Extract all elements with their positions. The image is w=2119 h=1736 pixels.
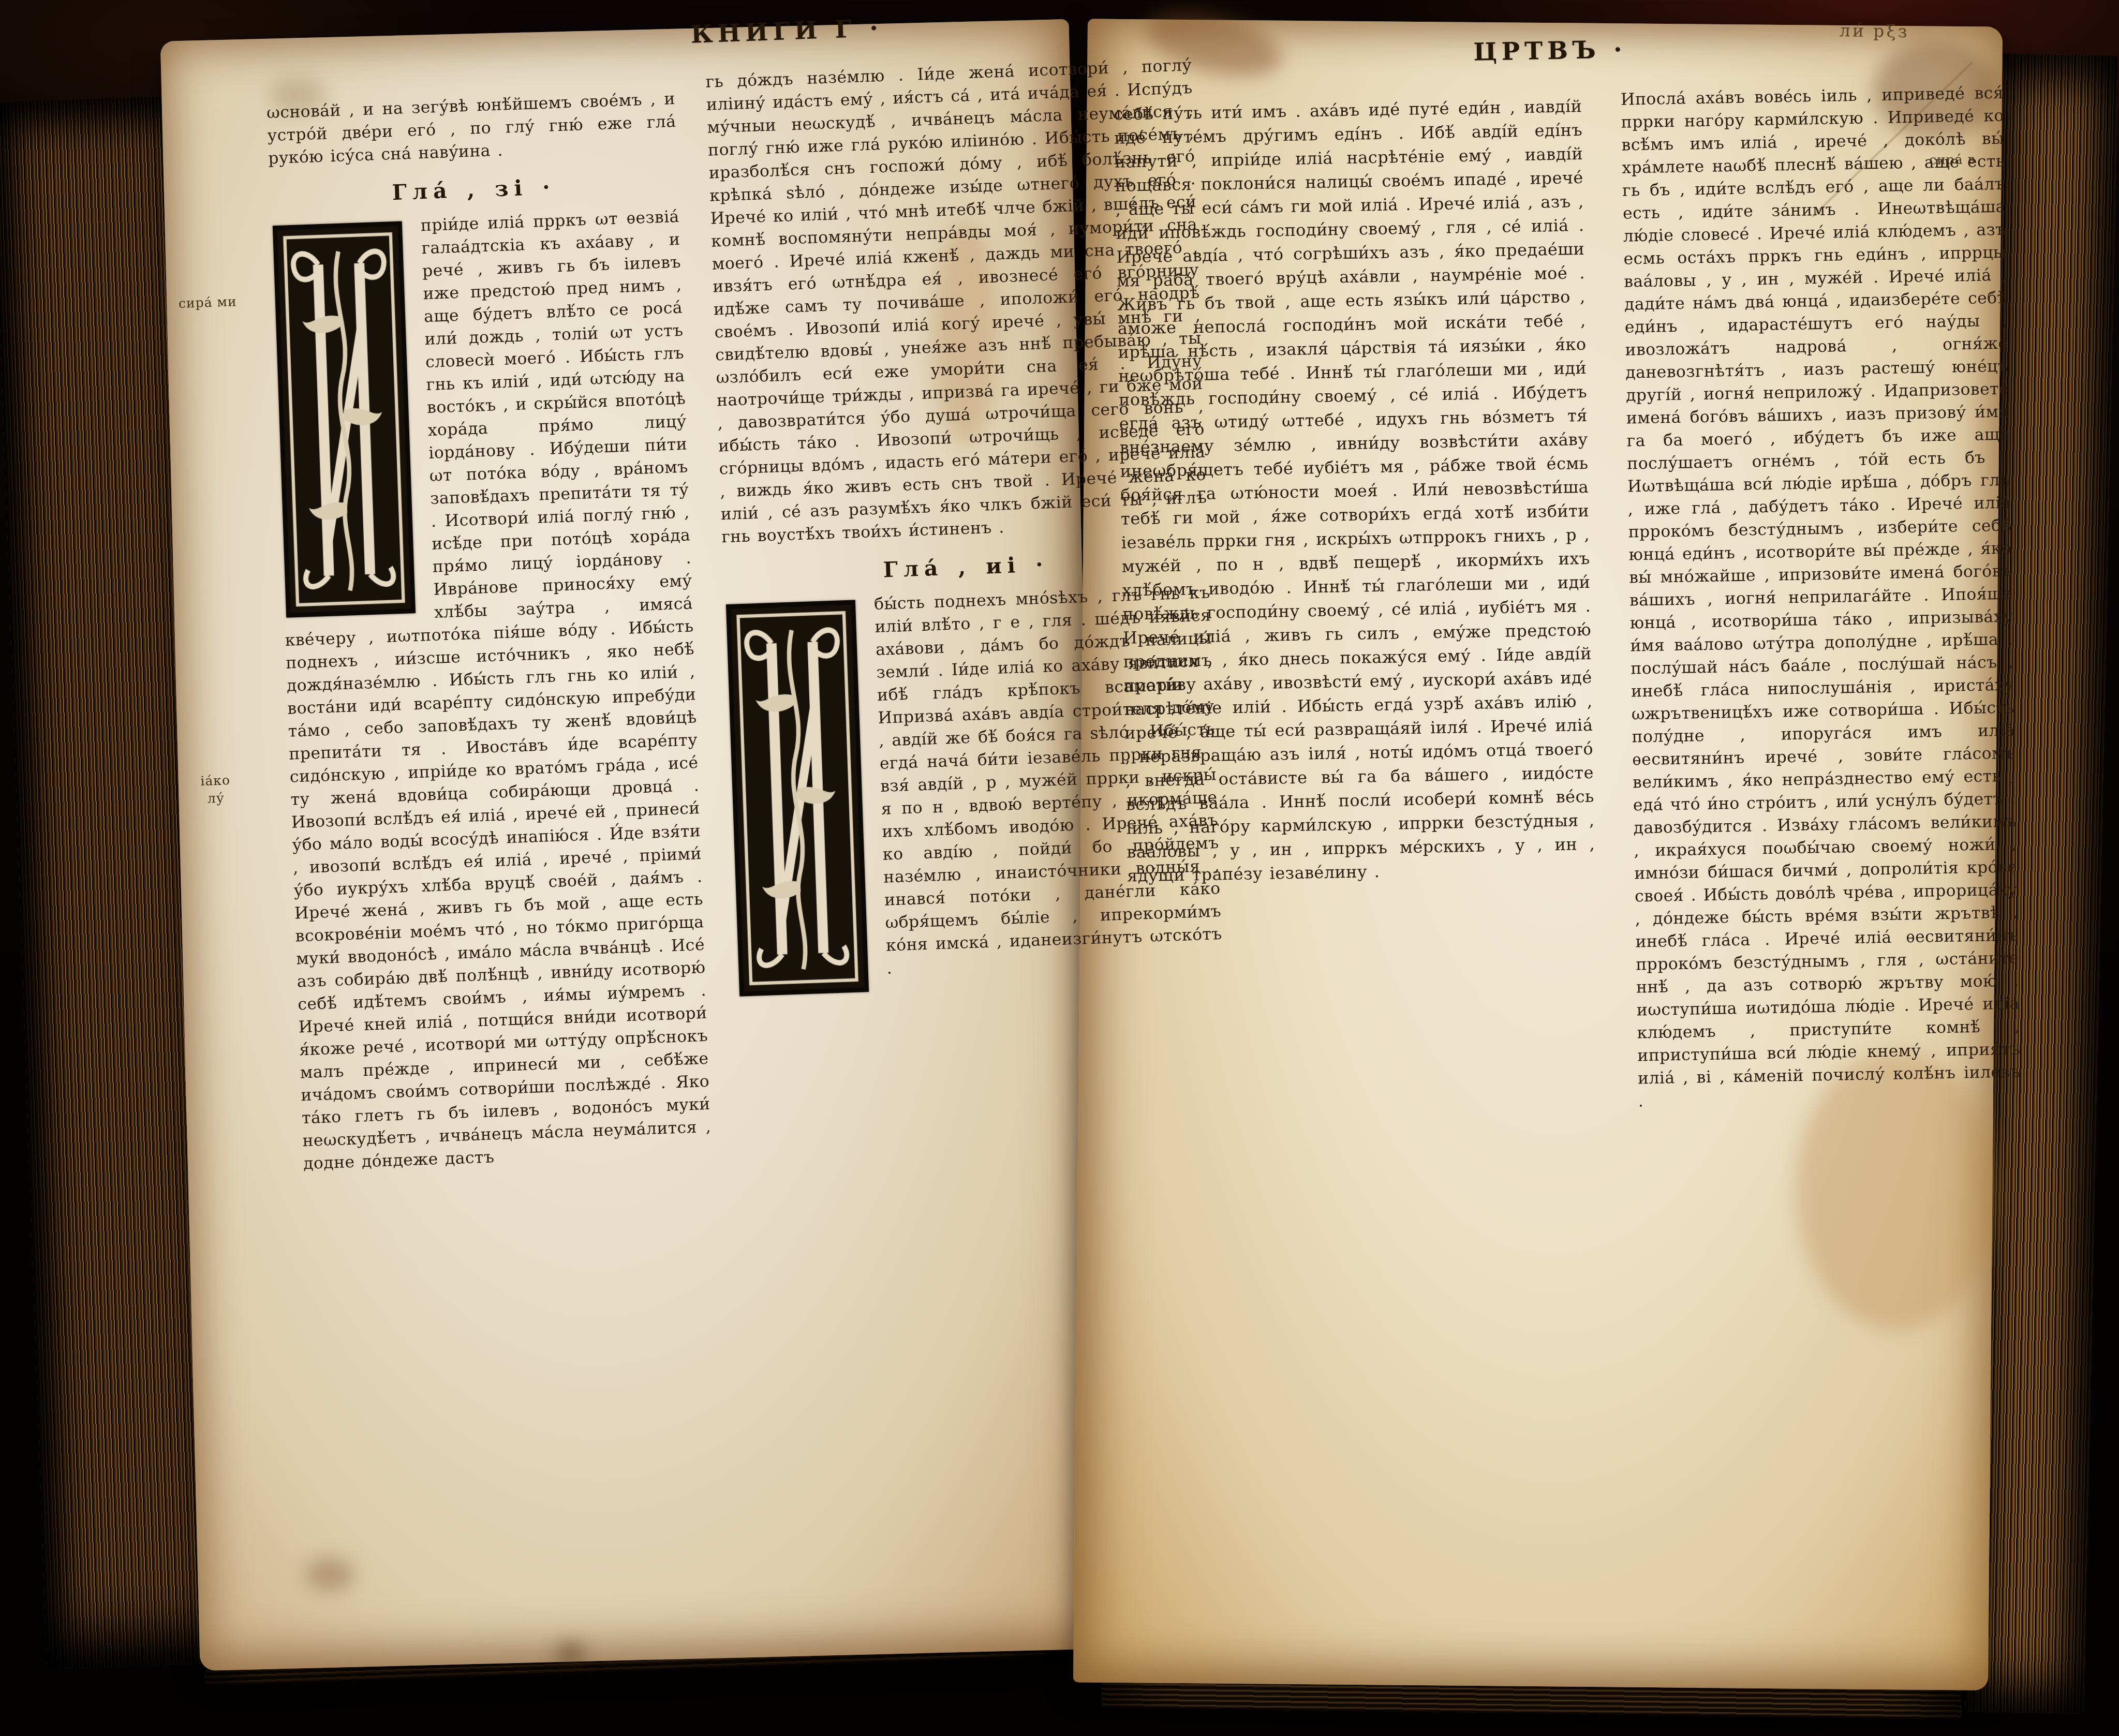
right-page-text: ЦРТВЪ · ли́ рξз себѣ́ пу́ть ити́ имъ . а… bbox=[1107, 25, 2047, 1697]
ornate-drop-cap-initial bbox=[726, 600, 869, 996]
folio-number: ли́ рξз bbox=[1840, 20, 1909, 41]
paragraph-text: ωснова́й , и на зегу́вѣ юнѣ́йшемъ свое́м… bbox=[266, 90, 676, 168]
body-paragraph: себѣ́ пу́ть ити́ имъ . аха́въ иде́ путе́… bbox=[1114, 94, 1595, 888]
running-head-right: ЦРТВЪ · bbox=[1356, 34, 1744, 69]
initial-paragraph: пріи́де иліа́ прркъ ωт ѳезвіа́ галаа́дтс… bbox=[270, 205, 712, 1175]
body-paragraph: Ипосла́ аха́въ вове́сь іиль , иприведе́ … bbox=[1621, 82, 2021, 1113]
body-paragraph: ωснова́й , и на зегу́вѣ юнѣ́йшемъ свое́м… bbox=[266, 87, 677, 170]
text-column: себѣ́ пу́ть ити́ имъ . аха́въ иде́ путе́… bbox=[1114, 94, 1609, 1634]
margin-note-sirach-right: сира́ в bbox=[1929, 151, 1976, 169]
margin-note-sirach: сира́ ми bbox=[178, 293, 237, 313]
margin-note-line: лу́ bbox=[201, 789, 231, 808]
text-column: Ипосла́ аха́въ вове́сь іиль , иприведе́ … bbox=[1621, 82, 2031, 1633]
ornate-drop-cap-initial bbox=[273, 221, 416, 618]
paragraph-text: Ипосла́ аха́въ вове́сь іиль , иприведе́ … bbox=[1621, 84, 2021, 1111]
margin-note-line: іа́ко bbox=[200, 771, 231, 790]
book-photo: КНИГИ Г · ωснова́й , и на зегу́вѣ юнѣ́йш… bbox=[0, 0, 2119, 1736]
left-page-text: КНИГИ Г · ωснова́й , и на зегу́вѣ юнѣ́йш… bbox=[243, 3, 1251, 1655]
margin-note-luke-ref: іа́ко лу́ bbox=[200, 771, 231, 808]
running-head-left: КНИГИ Г · bbox=[398, 4, 1175, 59]
text-column: ωснова́й , и на зегу́вѣ юнѣ́йшемъ свое́м… bbox=[266, 87, 728, 1614]
paragraph-text: себѣ́ пу́ть ити́ имъ . аха́въ иде́ путе́… bbox=[1114, 96, 1595, 886]
chapter-heading: Гла́ , зі · bbox=[269, 171, 678, 209]
